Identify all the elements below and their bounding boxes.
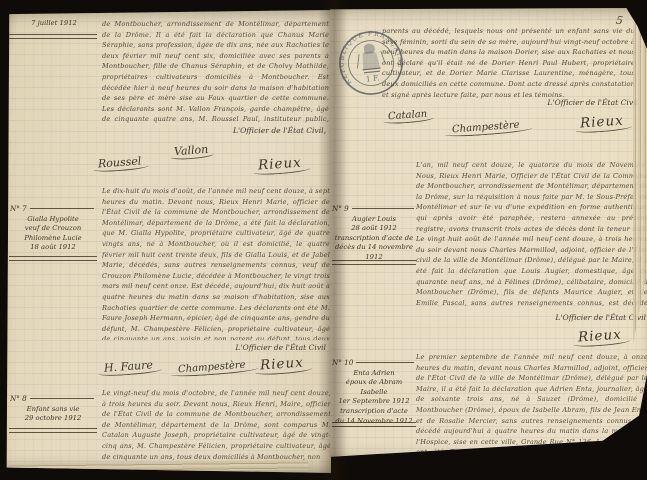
margin-rule bbox=[9, 34, 97, 39]
margin-entry-lines: Enfant sans vie29 octobre 1912 bbox=[10, 405, 96, 424]
signature-vallon: Vallon bbox=[174, 143, 209, 158]
officier-label: L'Officier de l'État Civil bbox=[488, 313, 646, 322]
act9-text: L'an, mil neuf cent douze, le quatorze d… bbox=[416, 160, 647, 310]
page-edge-stack bbox=[8, 460, 308, 472]
signature-rieux: Rieux bbox=[579, 112, 624, 131]
margin-entry-number: N° 7 bbox=[10, 204, 96, 214]
margin-rule bbox=[332, 260, 416, 265]
act8-text: Le vingt-neuf du mois d'octobre, de l'an… bbox=[102, 388, 331, 462]
act7-text: Le dix-huit du mois d'août, de l'année m… bbox=[102, 186, 330, 340]
signature-catalan: Catalan bbox=[388, 109, 428, 123]
margin-entry-number: N° 10 bbox=[332, 358, 416, 368]
margin-entry-lines: Gialla Hypoliteveuf de CrouzonPhilomène … bbox=[10, 215, 96, 253]
signature-rieux: Rieux bbox=[577, 326, 622, 345]
signature-champestere: Champestère bbox=[178, 360, 246, 376]
signature-faure: H. Faure bbox=[104, 358, 154, 374]
signature-rieux: Rieux bbox=[257, 154, 302, 173]
margin-entry-act10: N° 10 Enta Adrienépoux de Abram Isabelle… bbox=[332, 358, 416, 426]
margin-rule bbox=[332, 422, 416, 427]
register-photo: 7 juillet 1912 de Montboucher, arrondiss… bbox=[0, 0, 647, 480]
signature-champestere: Champestère bbox=[452, 120, 520, 136]
act-prev-text: de Montboucher, arrondissement de Montél… bbox=[102, 19, 329, 123]
signature-rieux: Rieux bbox=[259, 354, 304, 373]
margin-entry-number: N° 9 bbox=[332, 204, 416, 214]
officier-label: L'Officier de l'État Civil bbox=[480, 98, 638, 107]
margin-entry-lines: Augier Louis28 août 1912transcription d'… bbox=[332, 215, 416, 263]
margin-rule bbox=[9, 256, 97, 261]
signature-roussel: Roussel bbox=[98, 155, 142, 171]
act10-text: Le premier septembre de l'année mil neuf… bbox=[416, 352, 647, 452]
officier-label: L'Officier de l'État Civil, bbox=[176, 126, 326, 135]
margin-entry-act8: N° 8 Enfant sans vie29 octobre 1912 bbox=[10, 394, 96, 424]
right-page: 5 RÉPUBLIQUE FRANÇAISE 1 F. parents au d… bbox=[330, 8, 647, 466]
margin-entry-act9: N° 9 Augier Louis28 août 1912transcripti… bbox=[332, 204, 416, 263]
left-page: 7 juillet 1912 de Montboucher, arrondiss… bbox=[6, 10, 331, 473]
margin-entry-lines: Enta Adrienépoux de Abram Isabelle1er Se… bbox=[332, 369, 416, 427]
margin-rule bbox=[9, 428, 97, 433]
margin-entry-act7: N° 7 Gialla Hypoliteveuf de CrouzonPhilo… bbox=[10, 204, 96, 253]
margin-date-note: 7 juillet 1912 bbox=[12, 19, 96, 29]
margin-entry-number: N° 8 bbox=[10, 394, 96, 404]
officier-label: L'Officier de l'État Civil bbox=[174, 343, 326, 352]
stamp-value: 1 F. bbox=[365, 73, 379, 83]
